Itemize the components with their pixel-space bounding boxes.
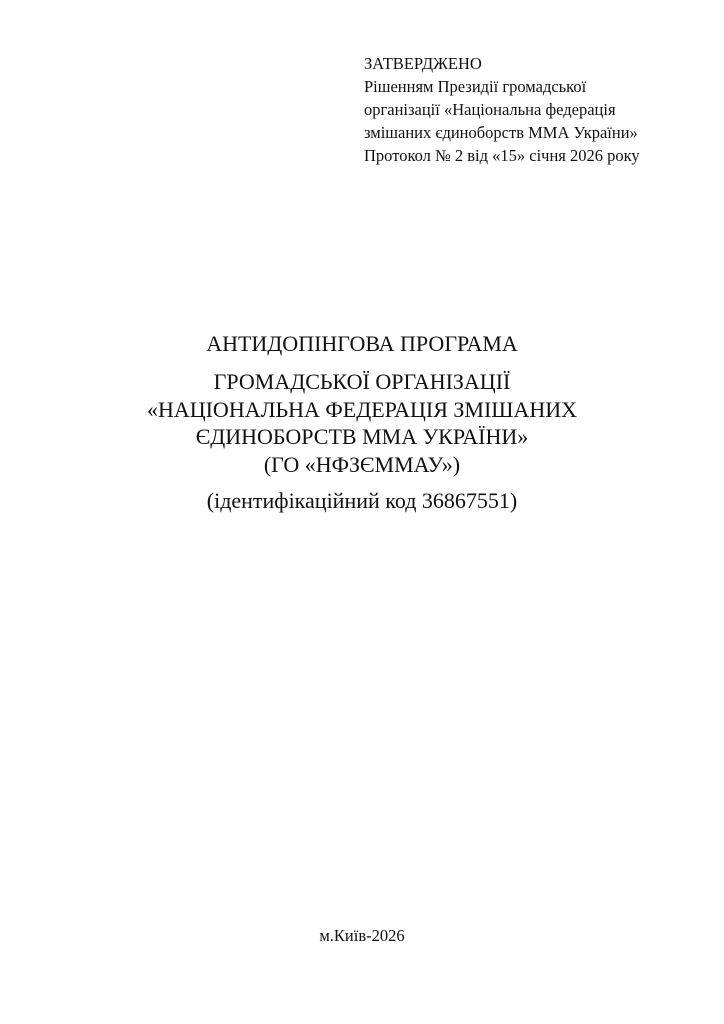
org-abbreviation: (ГО «НФЗЄММАУ») <box>0 451 724 479</box>
identification-code: (ідентифікаційний код 36867551) <box>0 487 724 515</box>
document-title-block: АНТИДОПІНГОВА ПРОГРАМА ГРОМАДСЬКОЇ ОРГАН… <box>0 330 724 515</box>
org-name-line: «НАЦІОНАЛЬНА ФЕДЕРАЦІЯ ЗМІШАНИХ <box>0 396 724 424</box>
document-title: АНТИДОПІНГОВА ПРОГРАМА <box>0 330 724 358</box>
org-name-line: ЄДИНОБОРСТВ ММА УКРАЇНИ» <box>0 423 724 451</box>
approval-stamp: ЗАТВЕРДЖЕНО Рішенням Президії громадсько… <box>364 52 640 167</box>
approval-line: змішаних єдиноборств ММА України» <box>364 121 640 144</box>
org-name-line: ГРОМАДСЬКОЇ ОРГАНІЗАЦІЇ <box>0 368 724 396</box>
approval-line: Рішенням Президії громадської <box>364 75 640 98</box>
approval-heading: ЗАТВЕРДЖЕНО <box>364 52 640 75</box>
approval-protocol: Протокол № 2 від «15» січня 2026 року <box>364 144 640 167</box>
approval-line: організації «Національна федерація <box>364 98 640 121</box>
city-year: м.Київ-2026 <box>0 925 724 947</box>
